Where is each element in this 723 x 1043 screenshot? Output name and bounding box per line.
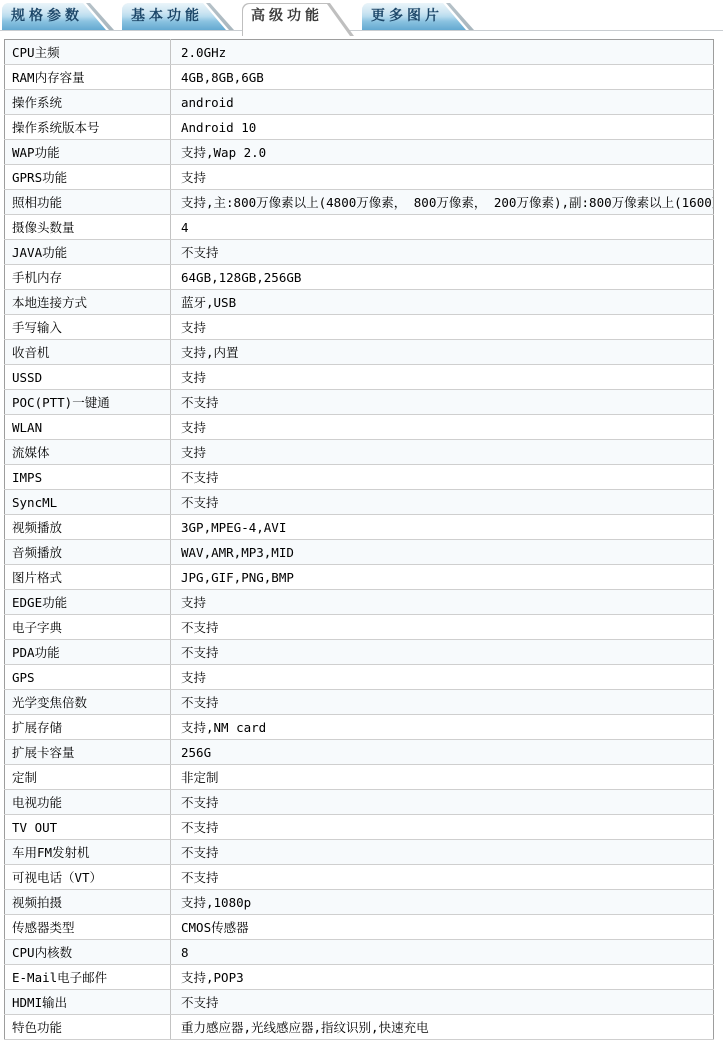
spec-value: 256G bbox=[171, 740, 714, 765]
spec-row: 操作系统 android bbox=[5, 90, 714, 115]
spec-label: 定制 bbox=[5, 765, 171, 790]
spec-value: 支持,内置 bbox=[171, 340, 714, 365]
spec-row: 车用FM发射机 不支持 bbox=[5, 840, 714, 865]
spec-row: 视频播放 3GP,MPEG-4,AVI bbox=[5, 515, 714, 540]
spec-row: HDMI输出 不支持 bbox=[5, 990, 714, 1015]
spec-row: 特色功能 重力感应器,光线感应器,指纹识别,快速充电 bbox=[5, 1015, 714, 1040]
spec-value: 支持,1080p bbox=[171, 890, 714, 915]
spec-value: 支持 bbox=[171, 315, 714, 340]
spec-value: 支持 bbox=[171, 440, 714, 465]
spec-value: 支持,主:800万像素以上(4800万像素， 800万像素， 200万像素),副… bbox=[171, 190, 714, 215]
tab-advanced-functions[interactable]: 高级功能 bbox=[242, 3, 354, 36]
spec-label: EDGE功能 bbox=[5, 590, 171, 615]
spec-label: 本地连接方式 bbox=[5, 290, 171, 315]
spec-label: POC(PTT)一键通 bbox=[5, 390, 171, 415]
spec-row: USSD 支持 bbox=[5, 365, 714, 390]
spec-value: 2.0GHz bbox=[171, 40, 714, 65]
spec-table: CPU主频 2.0GHz RAM内存容量 4GB,8GB,6GB 操作系统 an… bbox=[4, 39, 714, 1040]
spec-value: JPG,GIF,PNG,BMP bbox=[171, 565, 714, 590]
spec-label: GPRS功能 bbox=[5, 165, 171, 190]
spec-label: CPU主频 bbox=[5, 40, 171, 65]
spec-label: 音频播放 bbox=[5, 540, 171, 565]
spec-label: 图片格式 bbox=[5, 565, 171, 590]
spec-label: 车用FM发射机 bbox=[5, 840, 171, 865]
tab-spec-parameters[interactable]: 规格参数 bbox=[2, 3, 114, 30]
spec-value: 不支持 bbox=[171, 840, 714, 865]
spec-row: 音频播放 WAV,AMR,MP3,MID bbox=[5, 540, 714, 565]
spec-label: GPS bbox=[5, 665, 171, 690]
spec-label: WAP功能 bbox=[5, 140, 171, 165]
spec-value: 不支持 bbox=[171, 815, 714, 840]
tab-strip: 规格参数 基本功能 高级功能 更多图片 bbox=[0, 0, 723, 34]
spec-label: 操作系统 bbox=[5, 90, 171, 115]
tab-more-images[interactable]: 更多图片 bbox=[362, 3, 474, 30]
spec-value: 不支持 bbox=[171, 790, 714, 815]
spec-value: 支持 bbox=[171, 665, 714, 690]
spec-value: 支持,POP3 bbox=[171, 965, 714, 990]
spec-value: 支持 bbox=[171, 415, 714, 440]
spec-value: android bbox=[171, 90, 714, 115]
spec-row: 电视功能 不支持 bbox=[5, 790, 714, 815]
spec-value: 支持,NM card bbox=[171, 715, 714, 740]
spec-label: 传感器类型 bbox=[5, 915, 171, 940]
spec-row: 摄像头数量 4 bbox=[5, 215, 714, 240]
spec-row: POC(PTT)一键通 不支持 bbox=[5, 390, 714, 415]
spec-value: 不支持 bbox=[171, 640, 714, 665]
spec-row: 扩展卡容量 256G bbox=[5, 740, 714, 765]
spec-row: 电子字典 不支持 bbox=[5, 615, 714, 640]
spec-value: 支持 bbox=[171, 365, 714, 390]
spec-label: E-Mail电子邮件 bbox=[5, 965, 171, 990]
spec-value: 4 bbox=[171, 215, 714, 240]
tab-label: 高级功能 bbox=[242, 3, 354, 30]
spec-label: PDA功能 bbox=[5, 640, 171, 665]
spec-value: 不支持 bbox=[171, 990, 714, 1015]
spec-label: 流媒体 bbox=[5, 440, 171, 465]
spec-label: 扩展存储 bbox=[5, 715, 171, 740]
spec-value: Android 10 bbox=[171, 115, 714, 140]
spec-row: 可视电话（VT） 不支持 bbox=[5, 865, 714, 890]
spec-value: 不支持 bbox=[171, 490, 714, 515]
spec-label: 摄像头数量 bbox=[5, 215, 171, 240]
spec-value: 蓝牙,USB bbox=[171, 290, 714, 315]
spec-row: 收音机 支持,内置 bbox=[5, 340, 714, 365]
spec-row: 定制 非定制 bbox=[5, 765, 714, 790]
spec-row: 手写输入 支持 bbox=[5, 315, 714, 340]
spec-label: CPU内核数 bbox=[5, 940, 171, 965]
spec-label: WLAN bbox=[5, 415, 171, 440]
spec-value: 支持 bbox=[171, 165, 714, 190]
spec-value: 支持 bbox=[171, 590, 714, 615]
spec-value: 3GP,MPEG-4,AVI bbox=[171, 515, 714, 540]
spec-row: 光学变焦倍数 不支持 bbox=[5, 690, 714, 715]
spec-value: 支持,Wap 2.0 bbox=[171, 140, 714, 165]
spec-row: CPU内核数 8 bbox=[5, 940, 714, 965]
spec-label: RAM内存容量 bbox=[5, 65, 171, 90]
spec-row: IMPS 不支持 bbox=[5, 465, 714, 490]
spec-label: SyncML bbox=[5, 490, 171, 515]
spec-label: 照相功能 bbox=[5, 190, 171, 215]
spec-row: GPS 支持 bbox=[5, 665, 714, 690]
spec-row: 手机内存 64GB,128GB,256GB bbox=[5, 265, 714, 290]
spec-value: 不支持 bbox=[171, 690, 714, 715]
spec-row: CPU主频 2.0GHz bbox=[5, 40, 714, 65]
spec-value: 8 bbox=[171, 940, 714, 965]
spec-row: 扩展存储 支持,NM card bbox=[5, 715, 714, 740]
spec-row: 照相功能 支持,主:800万像素以上(4800万像素， 800万像素， 200万… bbox=[5, 190, 714, 215]
spec-row: JAVA功能 不支持 bbox=[5, 240, 714, 265]
tab-label: 更多图片 bbox=[362, 3, 474, 30]
spec-value: 不支持 bbox=[171, 390, 714, 415]
spec-label: 光学变焦倍数 bbox=[5, 690, 171, 715]
tab-label: 规格参数 bbox=[2, 3, 114, 30]
spec-label: 手写输入 bbox=[5, 315, 171, 340]
spec-label: 操作系统版本号 bbox=[5, 115, 171, 140]
spec-row: 视频拍摄 支持,1080p bbox=[5, 890, 714, 915]
spec-row: RAM内存容量 4GB,8GB,6GB bbox=[5, 65, 714, 90]
spec-row: WLAN 支持 bbox=[5, 415, 714, 440]
spec-row: 操作系统版本号 Android 10 bbox=[5, 115, 714, 140]
spec-value: 重力感应器,光线感应器,指纹识别,快速充电 bbox=[171, 1015, 714, 1040]
spec-row: PDA功能 不支持 bbox=[5, 640, 714, 665]
spec-label: 视频播放 bbox=[5, 515, 171, 540]
spec-row: SyncML 不支持 bbox=[5, 490, 714, 515]
spec-label: 视频拍摄 bbox=[5, 890, 171, 915]
spec-value: 64GB,128GB,256GB bbox=[171, 265, 714, 290]
spec-value: WAV,AMR,MP3,MID bbox=[171, 540, 714, 565]
spec-row: WAP功能 支持,Wap 2.0 bbox=[5, 140, 714, 165]
spec-value: 不支持 bbox=[171, 865, 714, 890]
spec-row: TV OUT 不支持 bbox=[5, 815, 714, 840]
spec-label: 电子字典 bbox=[5, 615, 171, 640]
spec-label: JAVA功能 bbox=[5, 240, 171, 265]
spec-row: GPRS功能 支持 bbox=[5, 165, 714, 190]
spec-label: 电视功能 bbox=[5, 790, 171, 815]
spec-label: 可视电话（VT） bbox=[5, 865, 171, 890]
spec-table-body: CPU主频 2.0GHz RAM内存容量 4GB,8GB,6GB 操作系统 an… bbox=[5, 40, 714, 1040]
spec-label: 特色功能 bbox=[5, 1015, 171, 1040]
spec-label: 手机内存 bbox=[5, 265, 171, 290]
spec-label: TV OUT bbox=[5, 815, 171, 840]
spec-value: 不支持 bbox=[171, 615, 714, 640]
spec-row: 本地连接方式 蓝牙,USB bbox=[5, 290, 714, 315]
spec-value: 不支持 bbox=[171, 465, 714, 490]
spec-label: USSD bbox=[5, 365, 171, 390]
spec-row: 传感器类型 CMOS传感器 bbox=[5, 915, 714, 940]
spec-value: 不支持 bbox=[171, 240, 714, 265]
spec-value: 非定制 bbox=[171, 765, 714, 790]
tab-strip-divider bbox=[0, 30, 723, 31]
spec-label: 扩展卡容量 bbox=[5, 740, 171, 765]
spec-label: HDMI输出 bbox=[5, 990, 171, 1015]
spec-label: 收音机 bbox=[5, 340, 171, 365]
spec-value: CMOS传感器 bbox=[171, 915, 714, 940]
spec-row: E-Mail电子邮件 支持,POP3 bbox=[5, 965, 714, 990]
spec-label: IMPS bbox=[5, 465, 171, 490]
spec-row: EDGE功能 支持 bbox=[5, 590, 714, 615]
spec-row: 图片格式 JPG,GIF,PNG,BMP bbox=[5, 565, 714, 590]
tab-label: 基本功能 bbox=[122, 3, 234, 30]
spec-row: 流媒体 支持 bbox=[5, 440, 714, 465]
spec-value: 4GB,8GB,6GB bbox=[171, 65, 714, 90]
tab-basic-functions[interactable]: 基本功能 bbox=[122, 3, 234, 30]
